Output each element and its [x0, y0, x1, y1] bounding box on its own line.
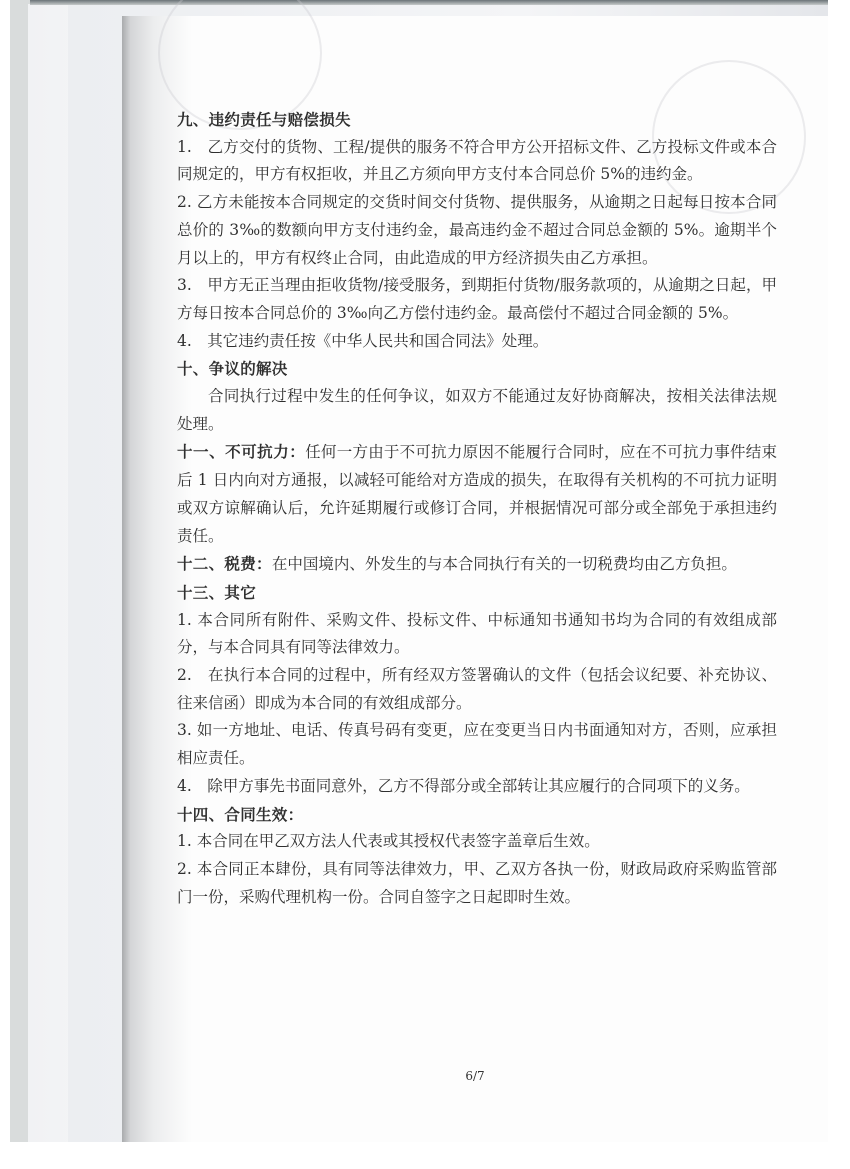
- section-contract-effectiveness: 十四、合同生效： 1. 本合同在甲乙双方法人代表或其授权代表签字盖章后生效。 2…: [177, 801, 777, 912]
- document-body: 九、违约责任与赔偿损失 1. 乙方交付的货物、工程/提供的服务不符合甲方公开招标…: [177, 106, 777, 911]
- section-heading: 九、违约责任与赔偿损失: [177, 106, 777, 134]
- clause: 1. 本合同在甲乙双方法人代表或其授权代表签字盖章后生效。: [177, 828, 777, 856]
- section-heading: 十、争议的解决: [177, 355, 777, 383]
- section-miscellaneous: 十三、其它 1. 本合同所有附件、采购文件、投标文件、中标通知书通知书均为合同的…: [177, 579, 777, 801]
- section-heading: 十二、税费：: [177, 554, 272, 573]
- clause: 2. 在执行本合同的过程中，所有经双方签署确认的文件（包括会议纪要、补充协议、往…: [177, 662, 777, 717]
- document-page: 九、违约责任与赔偿损失 1. 乙方交付的货物、工程/提供的服务不符合甲方公开招标…: [122, 16, 828, 1142]
- clause: 3. 如一方地址、电话、传真号码有变更，应在变更当日内书面通知对方，否则，应承担…: [177, 717, 777, 772]
- clause: 合同执行过程中发生的任何争议，如双方不能通过友好协商解决，按相关法律法规处理。: [177, 383, 777, 438]
- scan-top-shadow: [30, 0, 828, 5]
- clause: 2. 乙方未能按本合同规定的交货时间交付货物、提供服务，从逾期之日起每日按本合同…: [177, 189, 777, 272]
- scanned-document: 九、违约责任与赔偿损失 1. 乙方交付的货物、工程/提供的服务不符合甲方公开招标…: [10, 0, 828, 1142]
- clause: 十二、税费：在中国境内、外发生的与本合同执行有关的一切税费均由乙方负担。: [177, 550, 777, 579]
- section-heading: 十四、合同生效：: [177, 801, 777, 829]
- section-taxes: 十二、税费：在中国境内、外发生的与本合同执行有关的一切税费均由乙方负担。: [177, 550, 777, 579]
- clause: 十一、不可抗力：任何一方由于不可抗力原因不能履行合同时，应在不可抗力事件结束后 …: [177, 438, 777, 550]
- clause: 2. 本合同正本肆份，具有同等法律效力，甲、乙双方各执一份，财政局政府采购监管部…: [177, 856, 777, 911]
- section-dispute-resolution: 十、争议的解决 合同执行过程中发生的任何争议，如双方不能通过友好协商解决，按相关…: [177, 355, 777, 438]
- section-heading: 十一、不可抗力：: [177, 442, 305, 461]
- section-force-majeure: 十一、不可抗力：任何一方由于不可抗力原因不能履行合同时，应在不可抗力事件结束后 …: [177, 438, 777, 550]
- section-body: 在中国境内、外发生的与本合同执行有关的一切税费均由乙方负担。: [272, 555, 737, 573]
- clause: 1. 本合同所有附件、采购文件、投标文件、中标通知书通知书均为合同的有效组成部分…: [177, 607, 777, 662]
- clause: 1. 乙方交付的货物、工程/提供的服务不符合甲方公开招标文件、乙方投标文件或本合…: [177, 134, 777, 189]
- page-number: 6/7: [122, 1069, 828, 1083]
- section-breach-liability: 九、违约责任与赔偿损失 1. 乙方交付的货物、工程/提供的服务不符合甲方公开招标…: [177, 106, 777, 355]
- clause: 4. 除甲方事先书面同意外，乙方不得部分或全部转让其应履行的合同项下的义务。: [177, 773, 777, 801]
- clause: 4. 其它违约责任按《中华人民共和国合同法》处理。: [177, 328, 777, 356]
- section-heading: 十三、其它: [177, 579, 777, 607]
- clause: 3. 甲方无正当理由拒收货物/接受服务，到期拒付货物/服务款项的，从逾期之日起，…: [177, 272, 777, 327]
